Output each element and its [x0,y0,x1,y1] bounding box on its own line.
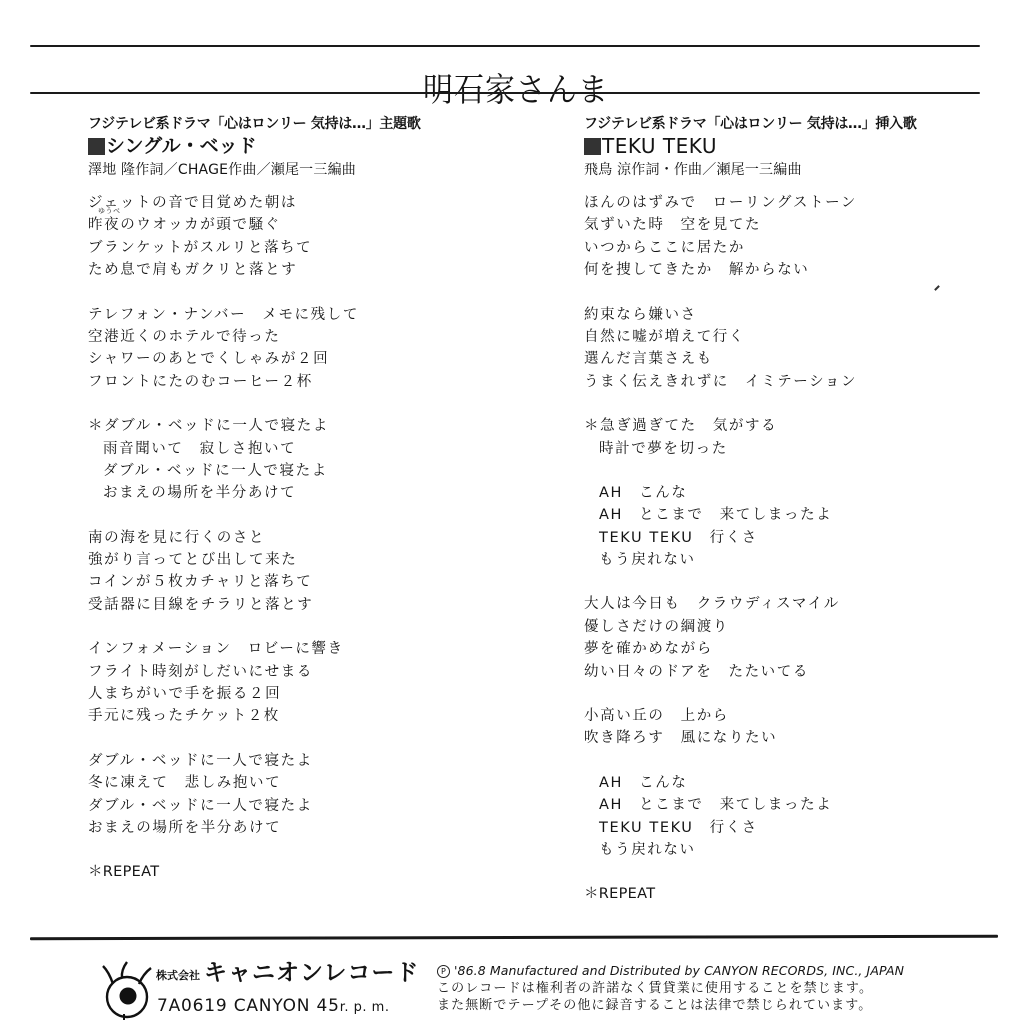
lyric-line: 冬に凍えて 悲しみ抱いて [88,772,528,794]
square-bullet-icon [88,138,105,155]
lyric-text: TEKU TEKU 行くさ [599,530,758,546]
lyric-text: ダブル・ベッドに一人で寝たよ [88,798,313,814]
lyric-line: ジェットの音で目覚めた朝は [88,192,528,214]
lyric-line: 空港近くのホテルで待った [88,326,528,348]
song-title-text: TEKU TEKU [602,134,717,158]
lyric-text: ため息で肩もガクリと落とす [88,262,297,278]
lyric-line: ため息で肩もガクリと落とす [88,259,528,281]
song-teku-teku: フジテレビ系ドラマ「心はロンリー 気持は…」挿入歌 TEKU TEKU 飛鳥 涼… [584,115,984,906]
lyric-line: AH とこまで 来てしまったよ [584,794,984,816]
lyrics: ジェットの音で目覚めた朝は昨夜のウオッカが頭で騒ぐゆうべブランケットがスルリと落… [88,192,528,884]
stanza: AH こんなAH とこまで 来てしまったよTEKU TEKU 行くさもう戻れない [584,482,984,572]
square-bullet-icon [584,138,601,155]
lyric-line: シャワーのあとでくしゃみが２回 [88,348,528,370]
lyric-line: インフォメーション ロビーに響き [88,638,528,660]
song-tieup: フジテレビ系ドラマ「心はロンリー 気持は…」挿入歌 [584,115,984,133]
lyric-line: 選んだ言葉さえも [584,348,984,370]
lyric-text: おまえの場所を半分あけて [88,820,281,836]
lyric-text: 空港近くのホテルで待った [88,329,280,345]
lyric-line: ダブル・ベッドに一人で寝たよ [88,795,528,817]
lyric-line: ＊急ぎ過ぎてた 気がする [584,415,984,437]
title-bottom-rule [30,92,980,94]
lyric-text: 人まちがいで手を振る２回 [88,686,281,702]
lyric-line: フロントにたのむコーヒー２杯 [88,371,528,393]
lyric-line: ブランケットがスルリと落ちて [88,237,528,259]
lyric-text: AH とこまで 来てしまったよ [599,797,832,813]
manufacture-text: '86.8 Manufactured and Distributed by CA… [454,963,904,978]
lyric-line: うまく伝えきれずに イミテーション [584,371,984,393]
company-prefix: 株式会社 [156,967,200,983]
lyric-text: ＊急ぎ過ぎてた 気がする [584,418,777,434]
lyrics: ほんのはずみで ローリングストーン気ずいた時 空を見てたいつからここに居たか何を… [584,192,984,906]
lyric-text: ブランケットがスルリと落ちて [88,240,312,256]
legal-block: P'86.8 Manufactured and Distributed by C… [437,962,904,1014]
lyric-text: 強がり言ってとび出して来た [88,552,297,568]
lyric-text: おまえの場所を半分あけて [103,485,296,501]
top-rule [30,45,980,47]
lyric-line: TEKU TEKU 行くさ [584,817,984,839]
lyric-line: 小高い丘の 上から [584,705,984,727]
repeat-marker: ＊REPEAT [584,883,984,905]
stanza: ＊急ぎ過ぎてた 気がする時計で夢を切った [584,415,984,460]
lyric-text: もう戻れない [599,552,696,568]
lyric-text: 手元に残ったチケット２枚 [88,708,280,724]
lyric-line: 自然に嘘が増えて行く [584,326,984,348]
lyric-text: 小高い丘の 上から [584,708,729,724]
song-title: シングル・ベッド [88,134,528,158]
lyric-text: ほんのはずみで ローリングストーン [584,195,857,211]
lyric-line: 何を捜してきたか 解からない [584,259,984,281]
lyric-line: 大人は今日も クラウディスマイル [584,593,984,615]
stanza: ＊ダブル・ベッドに一人で寝たよ雨音聞いて 寂しさ抱いてダブル・ベッドに一人で寝た… [88,415,528,505]
lyric-line: AH とこまで 来てしまったよ [584,504,984,526]
lyric-text: ダブル・ベッドに一人で寝たよ [88,753,313,769]
rental-notice: このレコードは権利者の許諾なく賃貸業に使用することを禁じます。 [437,980,904,997]
lyric-text: 幼い日々のドアを たたいてる [584,664,809,680]
lyric-line: 時計で夢を切った [584,438,984,460]
lyric-text: テレフォン・ナンバー メモに残して [88,307,359,323]
lyric-line: 手元に残ったチケット２枚 [88,705,528,727]
lyric-text: ダブル・ベッドに一人で寝たよ [103,463,328,479]
lyric-line: 吹き降ろす 風になりたい [584,727,984,749]
stanza: 大人は今日も クラウディスマイル優しさだけの綱渡り夢を確かめながら幼い日々のドア… [584,593,984,683]
stanza: インフォメーション ロビーに響きフライト時刻がしだいにせまる人まちがいで手を振る… [88,638,528,728]
lyric-line: おまえの場所を半分あけて [88,482,528,504]
lyric-line: AH こんな [584,772,984,794]
lyric-line: 気ずいた時 空を見てた [584,214,984,236]
lyric-line: 人まちがいで手を振る２回 [88,683,528,705]
stanza: ほんのはずみで ローリングストーン気ずいた時 空を見てたいつからここに居たか何を… [584,192,984,282]
lyric-text: もう戻れない [599,842,696,858]
lyric-text: AH とこまで 来てしまったよ [599,507,832,523]
lyric-text: 昨夜のウオッカが頭で騒ぐ [88,217,281,233]
company-name: キャニオンレコード [204,960,419,986]
recording-notice: また無断でテープその他に録音することは法律で禁じられています。 [437,997,904,1014]
lyric-text: シャワーのあとでくしゃみが２回 [88,351,329,367]
lyric-text: 南の海を見に行くのさと [88,530,265,546]
lyric-line: 夢を確かめながら [584,638,984,660]
lyric-text: 受話器に目線をチラリと落とす [88,597,313,613]
lyric-text: 何を捜してきたか 解からない [584,262,809,278]
lyric-line: 雨音聞いて 寂しさ抱いて [88,438,528,460]
lyric-line: 幼い日々のドアを たたいてる [584,661,984,683]
lyric-line: AH こんな [584,482,984,504]
lyric-text: インフォメーション ロビーに響き [88,641,344,657]
lyric-line: コインが５枚カチャリと落ちて [88,571,528,593]
lyric-line: フライト時刻がしだいにせまる [88,661,528,683]
lyric-line: TEKU TEKU 行くさ [584,527,984,549]
lyric-line: もう戻れない [584,839,984,861]
company-name-block: 株式会社 キャニオンレコード [156,960,419,986]
lyric-line: 強がり言ってとび出して来た [88,549,528,571]
lyric-text: 選んだ言葉さえも [584,351,713,367]
lyric-text: いつからここに居たか [584,240,745,256]
song-credits: 澤地 隆作詞／CHAGE作曲／瀬尾一三編曲 [88,160,528,180]
lyric-line: 昨夜のウオッカが頭で騒ぐゆうべ [88,214,528,236]
song-single-bed: フジテレビ系ドラマ「心はロンリー 気持は…」主題歌 シングル・ベッド 澤地 隆作… [88,115,528,884]
lyric-text: 大人は今日も クラウディスマイル [584,596,840,612]
lyric-text: AH こんな [599,775,687,791]
repeat-marker: ＊REPEAT [88,861,528,883]
lyric-text: コインが５枚カチャリと落ちて [88,574,312,590]
lyric-text: 約束なら嫌いさ [584,307,697,323]
lyric-line: 南の海を見に行くのさと [88,527,528,549]
lyric-line: もう戻れない [584,549,984,571]
lyric-line: 受話器に目線をチラリと落とす [88,594,528,616]
lyric-text: 雨音聞いて 寂しさ抱いて [103,441,296,457]
song-title-text: シングル・ベッド [106,134,257,158]
stanza: AH こんなAH とこまで 来てしまったよTEKU TEKU 行くさもう戻れない [584,772,984,862]
lyric-line: テレフォン・ナンバー メモに残して [88,304,528,326]
lyric-line: おまえの場所を半分あけて [88,817,528,839]
stanza: ジェットの音で目覚めた朝は昨夜のウオッカが頭で騒ぐゆうべブランケットがスルリと落… [88,192,528,282]
stanza: ダブル・ベッドに一人で寝たよ冬に凍えて 悲しみ抱いてダブル・ベッドに一人で寝たよ… [88,750,528,840]
lyric-line: 約束なら嫌いさ [584,304,984,326]
song-credits: 飛鳥 涼作詞・作曲／瀬尾一三編曲 [584,160,984,180]
lyric-line: ダブル・ベッドに一人で寝たよ [88,460,528,482]
canyon-eye-logo-icon [97,960,157,1022]
lyric-text: 吹き降ろす 風になりたい [584,730,777,746]
stanza: 小高い丘の 上から吹き降ろす 風になりたい [584,705,984,750]
ruby-annotation: ゆうべ [98,207,121,215]
rpm-text: r. p. m. [340,1000,390,1015]
lyric-text: フロントにたのむコーヒー２杯 [88,374,313,390]
catalog-text: 7A0619 CANYON 45 [157,996,340,1016]
stanza: 南の海を見に行くのさと強がり言ってとび出して来たコインが５枚カチャリと落ちて受話… [88,527,528,617]
lyric-line: ダブル・ベッドに一人で寝たよ [88,750,528,772]
song-title: TEKU TEKU [584,134,984,158]
phonogram-copyright-icon: P [437,965,450,978]
lyric-text: うまく伝えきれずに イミテーション [584,374,857,390]
lyric-text: 冬に凍えて 悲しみ抱いて [88,775,281,791]
lyric-text: フライト時刻がしだいにせまる [88,664,313,680]
footer-rule [30,935,998,940]
lyric-text: 自然に嘘が増えて行く [584,329,745,345]
lyric-line: ＊ダブル・ベッドに一人で寝たよ [88,415,528,437]
lyric-text: 優しさだけの綱渡り [584,619,729,635]
manufacture-credit: P'86.8 Manufactured and Distributed by C… [437,962,904,980]
lyric-text: 時計で夢を切った [599,441,728,457]
lyric-text: 気ずいた時 空を見てた [584,217,761,233]
lyric-text: AH こんな [599,485,687,501]
lyric-text: ＊ダブル・ベッドに一人で寝たよ [88,418,329,434]
song-tieup: フジテレビ系ドラマ「心はロンリー 気持は…」主題歌 [88,115,528,133]
lyric-line: ほんのはずみで ローリングストーン [584,192,984,214]
stanza: テレフォン・ナンバー メモに残して空港近くのホテルで待ったシャワーのあとでくしゃ… [88,304,528,394]
catalog-number: 7A0619 CANYON 45r. p. m. [157,996,389,1016]
lyric-text: TEKU TEKU 行くさ [599,820,758,836]
stanza: 約束なら嫌いさ自然に嘘が増えて行く選んだ言葉さえもうまく伝えきれずに イミテーシ… [584,304,984,394]
lyric-text: 夢を確かめながら [584,641,713,657]
lyric-line: 優しさだけの綱渡り [584,616,984,638]
lyric-line: いつからここに居たか [584,237,984,259]
